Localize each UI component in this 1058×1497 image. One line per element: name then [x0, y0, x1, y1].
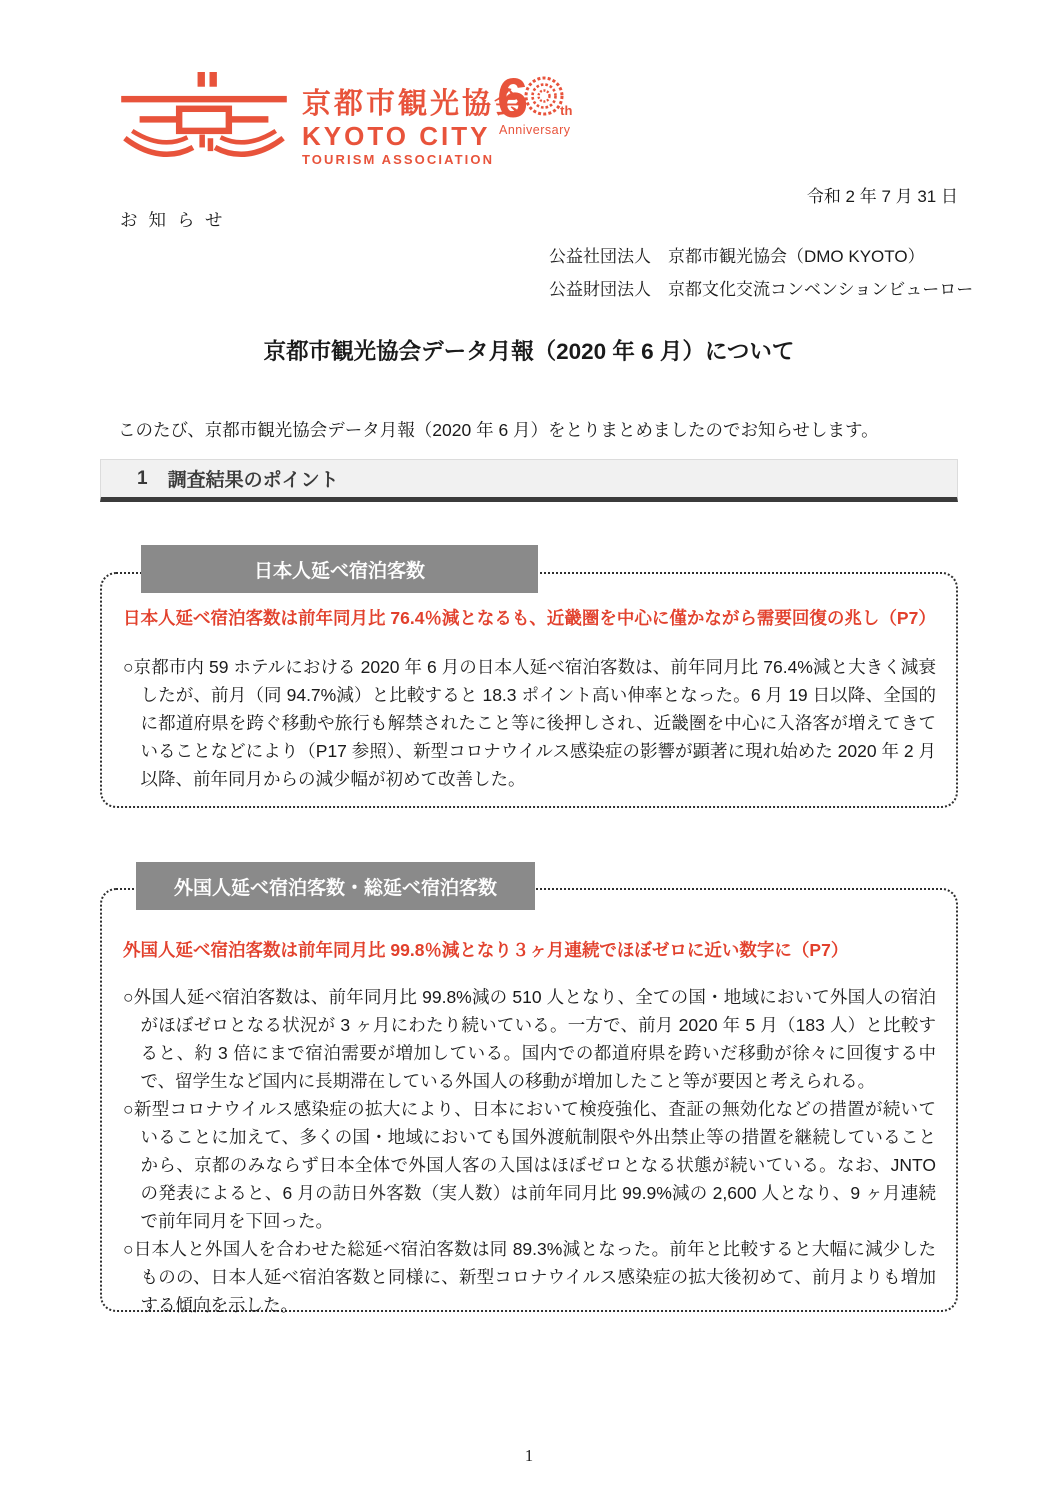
logo: 京都市観光協会 KYOTO CITY TOURISM ASSOCIATION — [118, 72, 526, 166]
box-tab-foreign-total-guest-nights: 外国人延べ宿泊客数・総延べ宿泊客数 — [136, 862, 535, 910]
box-headline: 外国人延べ宿泊客数は前年同月比 99.8％減となり３ヶ月連続でほぼゼロに近い数字… — [123, 937, 936, 962]
kyoto-logo-icon — [118, 72, 290, 164]
summary-box-foreign-total-guest-nights: 外国人延べ宿泊客数は前年同月比 99.8％減となり３ヶ月連続でほぼゼロに近い数字… — [100, 888, 958, 1312]
intro-text: このたび、京都市観光協会データ月報（2020 年 6 月）をとりまとめましたので… — [118, 417, 879, 442]
section-number: 1 — [137, 468, 148, 490]
page-number: 1 — [0, 1446, 1058, 1466]
box-headline: 日本人延べ宿泊客数は前年同月比 76.4％減となるも、近畿圏を中心に僅かながら需… — [123, 605, 936, 630]
anniversary-suffix: th — [560, 104, 572, 117]
anniversary-label: Anniversary — [499, 123, 607, 137]
issuer-line-2: 公益財団法人 京都文化交流コンベンションビューロー — [549, 275, 973, 300]
logo-org-name-en: KYOTO CITY — [302, 123, 526, 149]
section-title: 調査結果のポイント — [168, 465, 339, 492]
logo-org-name-ja: 京都市観光協会 — [302, 90, 526, 119]
logo-text: 京都市観光協会 KYOTO CITY TOURISM ASSOCIATION — [302, 72, 526, 166]
box-paragraph: ○日本人と外国人を合わせた総延べ宿泊客数は同 89.3%減となった。前年と比較す… — [123, 1235, 936, 1319]
document-page: 京都市観光協会 KYOTO CITY TOURISM ASSOCIATION 6… — [0, 0, 1058, 1497]
anniversary-mark: 6 th Anniversary — [497, 74, 607, 137]
page-title: 京都市観光協会データ月報（2020 年 6 月）について — [0, 334, 1058, 366]
box-paragraph: ○新型コロナウイルス感染症の拡大により、日本において検疫強化、査証の無効化などの… — [123, 1095, 936, 1235]
issuer-line-1: 公益社団法人 京都市観光協会（DMO KYOTO） — [549, 242, 925, 267]
logo-org-subtitle-en: TOURISM ASSOCIATION — [302, 153, 526, 166]
box-paragraph: ○京都市内 59 ホテルにおける 2020 年 6 月の日本人延べ宿泊客数は、前… — [123, 653, 936, 793]
notice-label: お知らせ — [120, 207, 233, 232]
section-heading: 1 調査結果のポイント — [100, 459, 958, 502]
box-paragraph: ○外国人延べ宿泊客数は、前年同月比 99.8%減の 510 人となり、全ての国・… — [123, 983, 936, 1095]
box-tab-japanese-guest-nights: 日本人延べ宿泊客数 — [141, 545, 538, 593]
anniversary-ball-icon — [523, 75, 565, 117]
document-date: 令和 2 年 7 月 31 日 — [807, 182, 958, 207]
summary-box-japanese-guest-nights: 日本人延べ宿泊客数は前年同月比 76.4％減となるも、近畿圏を中心に僅かながら需… — [100, 572, 958, 808]
